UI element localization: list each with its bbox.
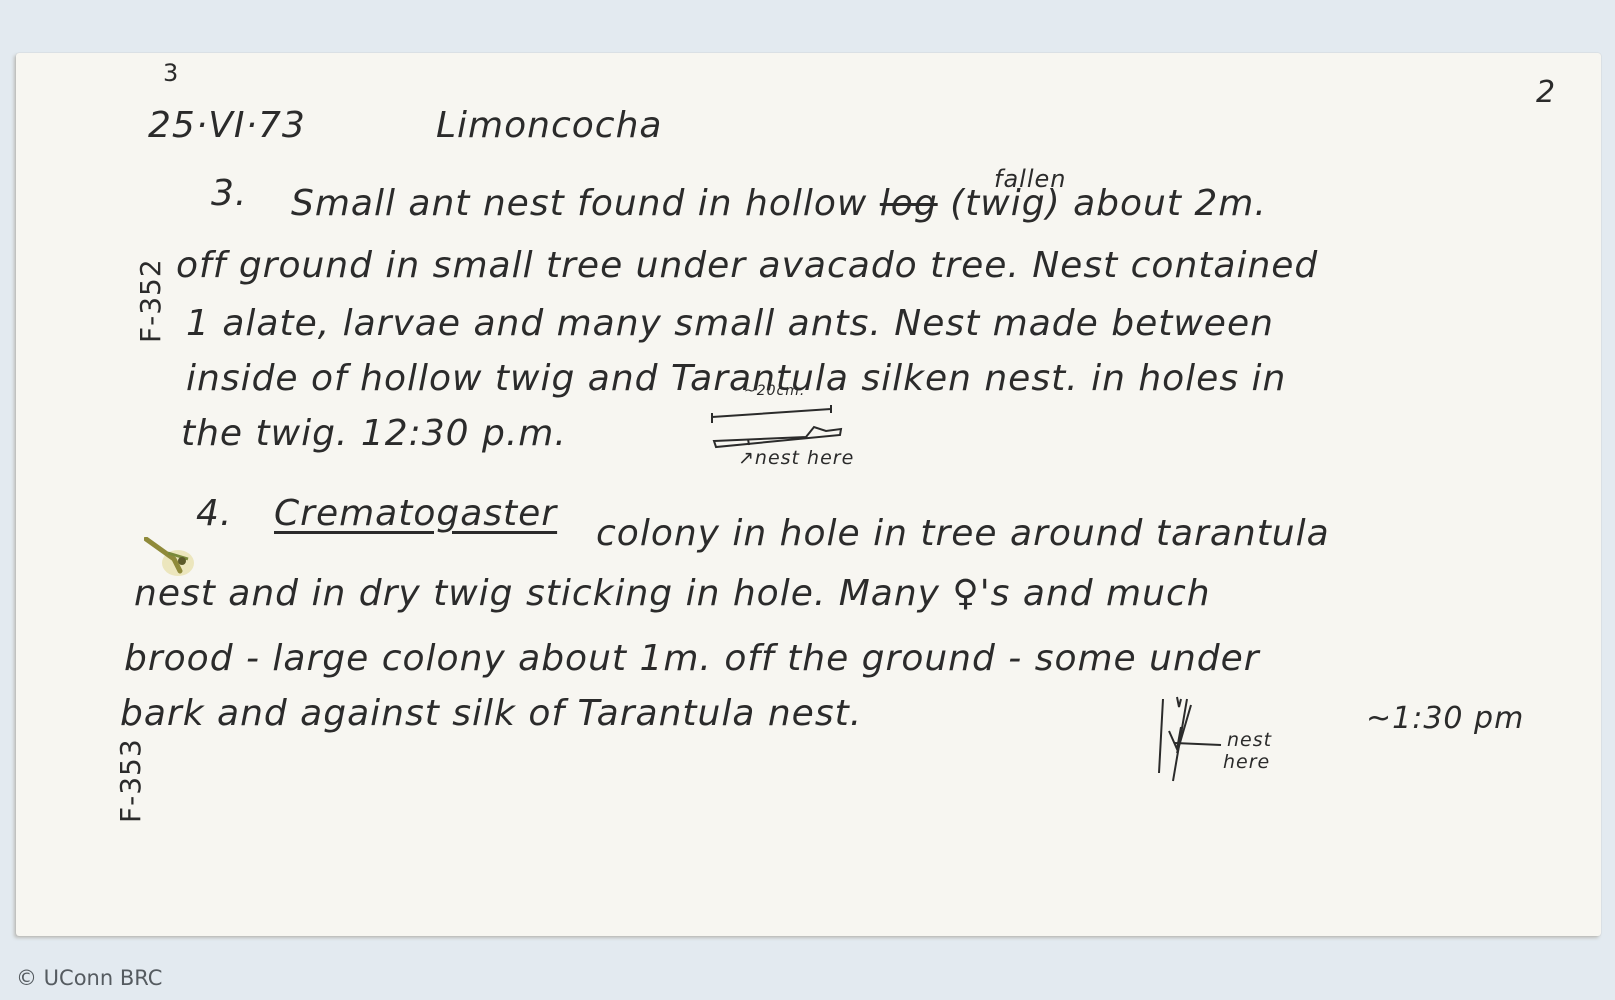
entry-4-number: 4. [196, 493, 232, 534]
tree-nest-sketch: nest here [1151, 693, 1331, 793]
entry-4-line-4: bark and against silk of Tarantula nest. [120, 693, 862, 734]
page-number-right: 2 [1536, 75, 1556, 110]
entry-3-line-3: 1 alate, larvae and many small ants. Nes… [186, 303, 1274, 344]
line-1-text: Small ant nest found in hollow [291, 183, 880, 224]
page-number-left: 3 [163, 59, 179, 87]
catalog-number-lower: F-353 [114, 738, 147, 823]
date: 25·VI·73 [148, 105, 306, 146]
entry-3-line-5: the twig. 12:30 p.m. [181, 413, 567, 454]
entry-4-line-2: nest and in dry twig sticking in hole. M… [134, 573, 1211, 614]
sketch-caption: ↗nest here [738, 447, 854, 469]
entry-4-line-3: brood - large colony about 1m. off the g… [124, 638, 1260, 679]
entry-3-line-1: Small ant nest found in hollow log (twig… [291, 183, 1267, 224]
entry-4-line-1: colony in hole in tree around tarantula [596, 513, 1330, 554]
copyright-notice: © UConn BRC [16, 966, 162, 990]
location: Limoncocha [436, 105, 662, 146]
sketch-caption-line-1: nest [1227, 729, 1272, 751]
struck-word: log [880, 183, 938, 224]
catalog-number-upper: F-352 [134, 258, 167, 343]
entry-4-time: ~1:30 pm [1366, 701, 1524, 736]
sketch-caption-line-2: here [1223, 751, 1270, 773]
field-note-card: 3 2 25·VI·73 Limoncocha F-352 F-353 3. f… [16, 53, 1601, 936]
genus-name: Crematogaster [274, 493, 557, 534]
line-1-text-end: (twig) about 2m. [938, 183, 1267, 224]
entry-3-line-2: off ground in small tree under avacado t… [176, 245, 1318, 286]
twig-nest-sketch: ~20cm. ↗nest here [706, 383, 866, 473]
entry-3-number: 3. [211, 173, 247, 214]
